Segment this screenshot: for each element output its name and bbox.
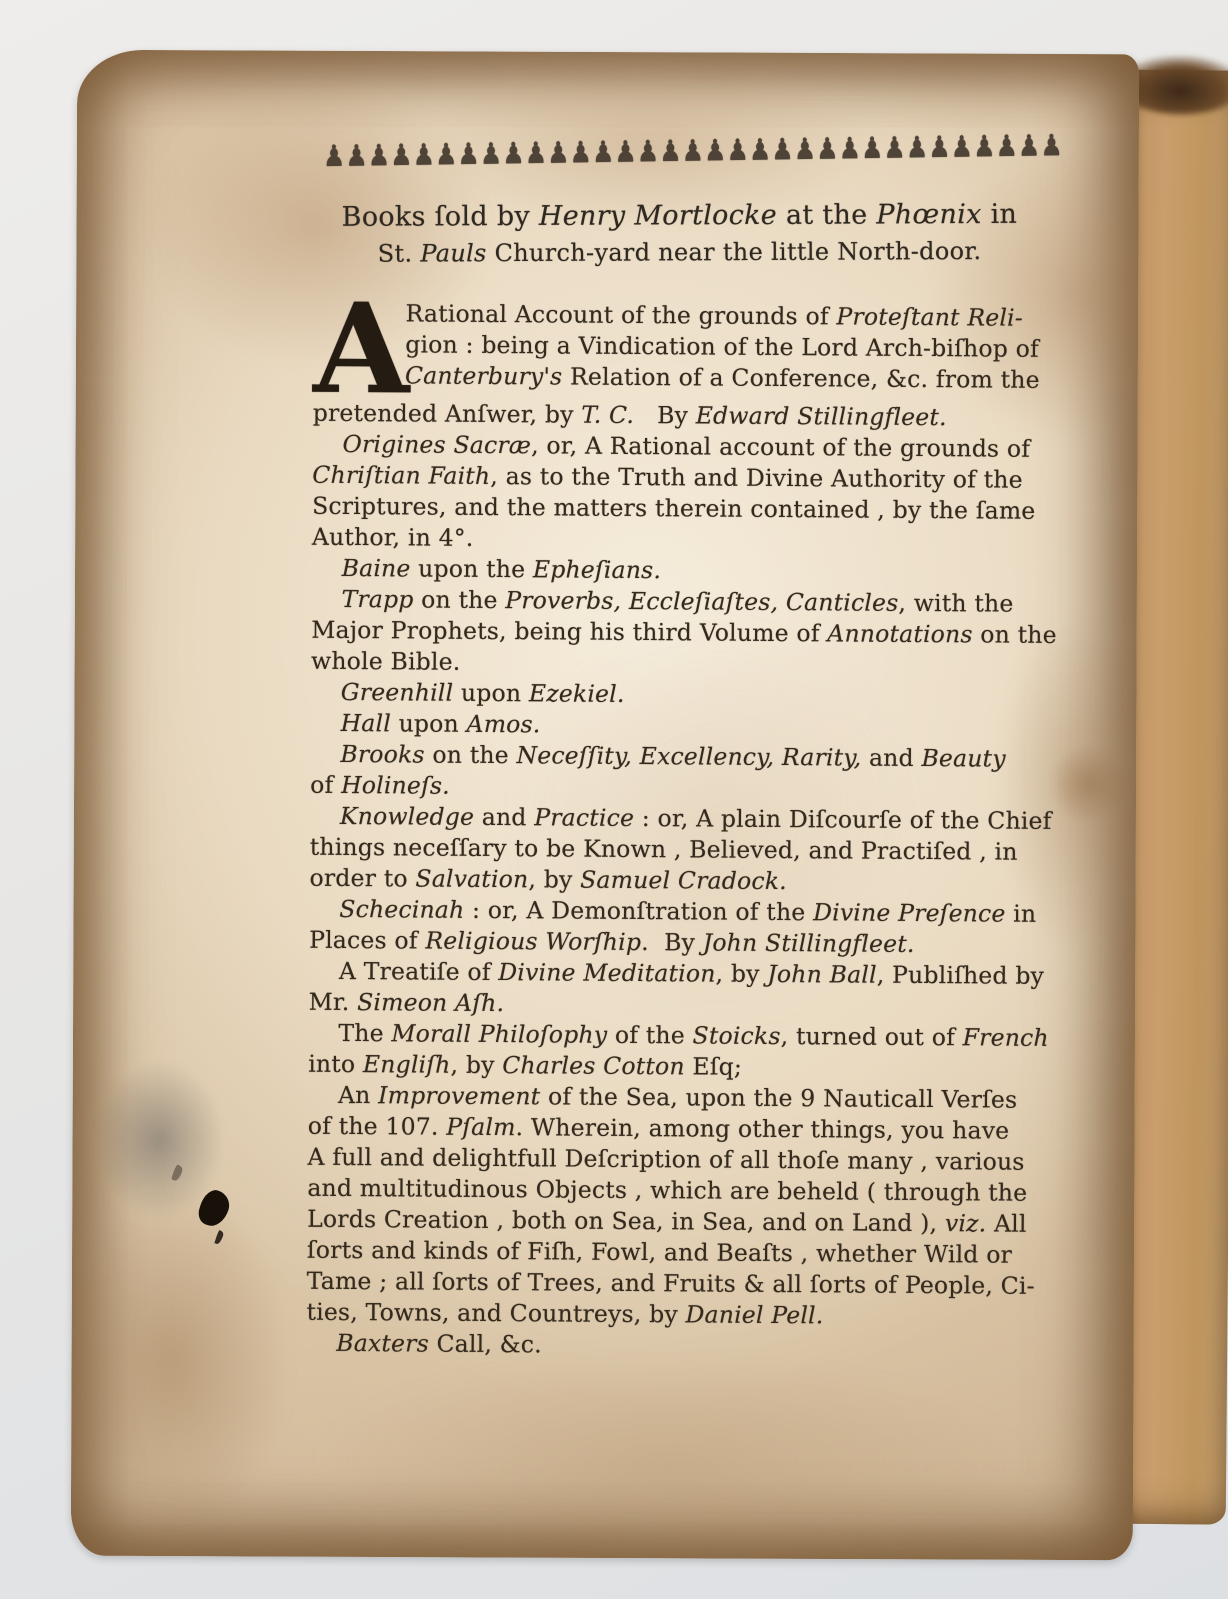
text-line: Hall upon Amos. — [311, 708, 1057, 744]
printer-ornament-icon: ♟ — [367, 138, 390, 173]
text-line: Places of Religious Worſhip. By John Sti… — [309, 925, 1055, 961]
text-line: Greenhill upon Ezekiel. — [311, 677, 1057, 713]
printer-ornament-icon: ♟ — [614, 134, 637, 169]
printer-ornament-icon: ♟ — [323, 139, 346, 174]
printer-ornament-icon: ♟ — [592, 135, 615, 170]
printer-ornament-icon: ♟ — [950, 129, 973, 164]
printer-ornament-icon: ♟ — [547, 135, 570, 170]
dropcap-letter: A — [313, 302, 406, 399]
text-line: ſorts and kinds of Fiſh, Fowl, and Beaſt… — [307, 1235, 1053, 1271]
book-entry: Brooks on the Neceſſity, Excellency, Rar… — [310, 739, 1056, 806]
printer-ornament-icon: ♟ — [569, 135, 592, 170]
text-line: A Treatiſe of Divine Meditation, by John… — [309, 956, 1055, 992]
printer-ornament-icon: ♟ — [412, 137, 435, 172]
photo-of-antique-book: ♟♟♟♟♟♟♟♟♟♟♟♟♟♟♟♟♟♟♟♟♟♟♟♟♟♟♟♟♟♟♟♟♟ Books … — [0, 0, 1228, 1599]
ink-blot — [195, 1187, 233, 1230]
stain — [311, 1351, 1032, 1561]
book-entry: Baine upon the Epheſians. — [312, 553, 1058, 589]
text-line: whole Bible. — [311, 646, 1057, 682]
book-entry: Trapp on the Proverbs, Eccleſiaſtes, Can… — [311, 584, 1058, 682]
printer-ornament-icon: ♟ — [906, 130, 929, 165]
book-entry: Baxters Call, &c. — [306, 1328, 1052, 1364]
header-line: Books ſold by Henry Mortlocke at the Phœ… — [312, 199, 1046, 233]
text-line: Author, in 4°. — [312, 522, 1058, 558]
entries: Origines Sacræ, or, A Rational account o… — [306, 429, 1058, 1364]
printer-ornament-icon: ♟ — [390, 138, 413, 173]
printer-ornament-icon: ♟ — [749, 132, 772, 167]
text-line: Rational Account of the grounds of Prote… — [405, 298, 1059, 334]
printer-ornament-icon: ♟ — [883, 130, 906, 165]
printer-ornament-icon: ♟ — [637, 134, 660, 169]
book-entry: An Improvement of the Sea, upon the 9 Na… — [306, 1080, 1054, 1333]
dropcap-wrap-lines: Rational Account of the grounds of Prote… — [405, 298, 1060, 403]
text-line: Brooks on the Neceſſity, Excellency, Rar… — [310, 739, 1056, 775]
text-line: and multitudinous Objects , which are be… — [307, 1173, 1053, 1209]
printer-ornament-icon: ♟ — [659, 134, 682, 169]
stain — [71, 1180, 293, 1541]
text-line: into Engliſh, by Charles Cotton Eſq; — [308, 1049, 1054, 1085]
text-line: An Improvement of the Sea, upon the 9 Na… — [308, 1080, 1054, 1116]
text-line: Scriptures, and the matters therein cont… — [312, 491, 1058, 527]
book-entry: Origines Sacræ, or, A Rational account o… — [312, 429, 1059, 558]
printer-ornament-icon: ♟ — [1040, 128, 1063, 163]
printer-ornament-icon: ♟ — [816, 131, 839, 166]
printer-ornament-icon: ♟ — [838, 131, 861, 166]
printer-ornament-icon: ♟ — [345, 138, 368, 173]
opening-paragraph: A Rational Account of the grounds of Pro… — [313, 298, 1060, 403]
text-line: A full and delightfull Deſcription of al… — [307, 1142, 1053, 1178]
text-line: The Morall Philoſophy of the Stoicks, tu… — [308, 1018, 1054, 1054]
header-line: St. Pauls Church-yard near the little No… — [313, 237, 1047, 268]
text-line: ties, Towns, and Countreys, by Daniel Pe… — [306, 1297, 1052, 1333]
book-list-text: A Rational Account of the grounds of Pro… — [306, 298, 1059, 1364]
printer-ornament-icon: ♟ — [1018, 128, 1041, 163]
printer-ornament-icon: ♟ — [457, 137, 480, 172]
printer-ornament-icon: ♟ — [502, 136, 525, 171]
page-header: Books ſold by Henry Mortlocke at the Phœ… — [312, 199, 1046, 268]
text-line: Chriſtian Faith, as to the Truth and Div… — [312, 460, 1058, 496]
printer-ornament-icon: ♟ — [726, 133, 749, 168]
book-entry: Greenhill upon Ezekiel. — [311, 677, 1057, 713]
printer-ornament-icon: ♟ — [681, 133, 704, 168]
text-line: Lords Creation , both on Sea, in Sea, an… — [307, 1204, 1053, 1240]
book-entry: The Morall Philoſophy of the Stoicks, tu… — [308, 1018, 1054, 1085]
printer-ornament-icon: ♟ — [771, 132, 794, 167]
text-line: Tame ; all ſorts of Trees, and Fruits & … — [307, 1266, 1053, 1302]
text-line: of the 107. Pſalm. Wherein, among other … — [308, 1111, 1054, 1147]
text-line: Major Prophets, being his third Volume o… — [311, 615, 1057, 651]
printer-ornament-icon: ♟ — [524, 136, 547, 171]
book-entry: Schecinah : or, A Demonſtration of the D… — [309, 894, 1055, 961]
book-page: ♟♟♟♟♟♟♟♟♟♟♟♟♟♟♟♟♟♟♟♟♟♟♟♟♟♟♟♟♟♟♟♟♟ Books … — [71, 50, 1140, 1561]
printer-ornament-icon: ♟ — [704, 133, 727, 168]
text-line: things neceſſary to be Known , Believed,… — [310, 832, 1056, 868]
printer-ornament-icon: ♟ — [995, 129, 1018, 164]
text-line: Schecinah : or, A Demonſtration of the D… — [309, 894, 1055, 930]
text-line: gion : being a Vindication of the Lord A… — [405, 329, 1059, 365]
printer-ornament-icon: ♟ — [435, 137, 458, 172]
stain — [1049, 744, 1129, 824]
text-line: Canterbury's Relation of a Conference, &… — [405, 360, 1059, 396]
text-line: Baine upon the Epheſians. — [312, 553, 1058, 589]
book-entry: A Treatiſe of Divine Meditation, by John… — [309, 956, 1055, 1023]
text-line: pretended Anſwer, by T. C. By Edward Sti… — [313, 398, 1059, 434]
printer-ornament-icon: ♟ — [973, 129, 996, 164]
text-line: Mr. Simeon Aſh. — [309, 987, 1055, 1023]
text-line: Origines Sacræ, or, A Rational account o… — [312, 429, 1058, 465]
printer-ornament-icon: ♟ — [480, 136, 503, 171]
text-line: of Holineſs. — [310, 770, 1056, 806]
printer-ornament-icon: ♟ — [793, 132, 816, 167]
text-line: Baxters Call, &c. — [306, 1328, 1052, 1364]
text-line: order to Salvation, by Samuel Cradock. — [309, 863, 1055, 899]
book-entry: Knowledge and Practice : or, A plain Diſ… — [309, 801, 1056, 899]
printer-ornament-icon: ♟ — [928, 130, 951, 165]
printer-ornament-icon: ♟ — [861, 131, 884, 166]
text-line: Trapp on the Proverbs, Eccleſiaſtes, Can… — [311, 584, 1057, 620]
printer-ornament-band: ♟♟♟♟♟♟♟♟♟♟♟♟♟♟♟♟♟♟♟♟♟♟♟♟♟♟♟♟♟♟♟♟♟ — [323, 131, 1039, 171]
opening-full-lines: pretended Anſwer, by T. C. By Edward Sti… — [313, 398, 1059, 434]
book-entry: Hall upon Amos. — [311, 708, 1057, 744]
text-line: Knowledge and Practice : or, A plain Diſ… — [310, 801, 1056, 837]
